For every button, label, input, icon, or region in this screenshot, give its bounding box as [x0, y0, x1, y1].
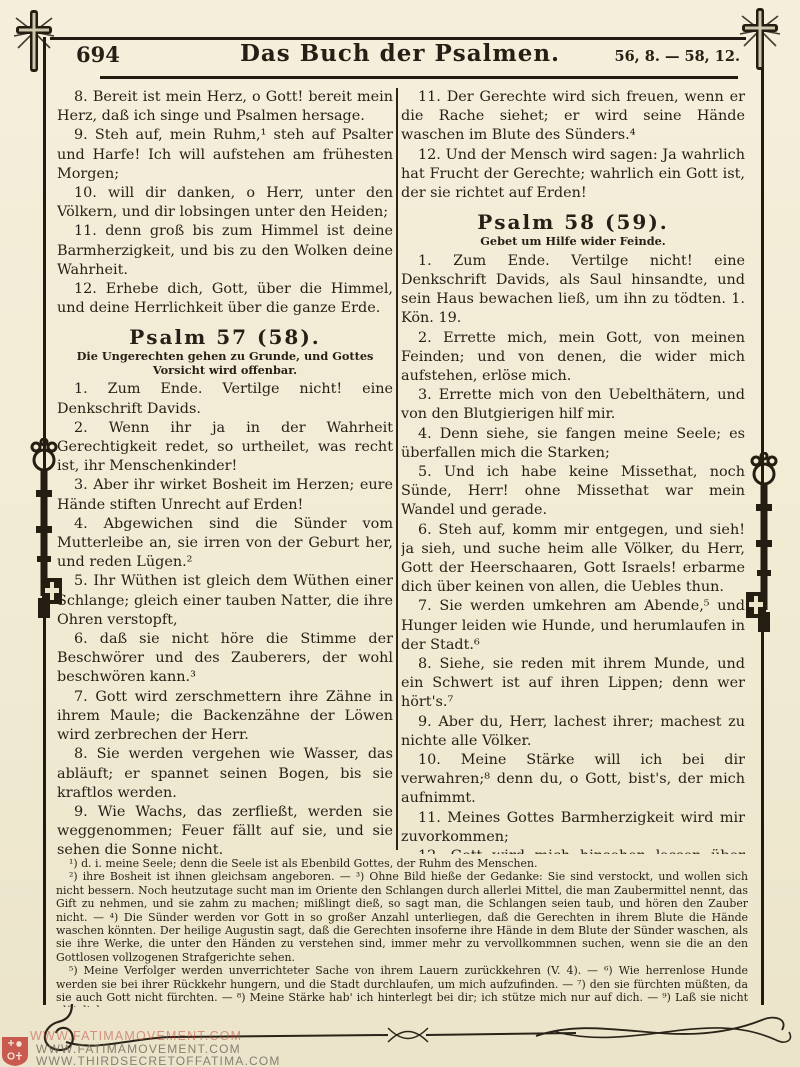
scanned-psalter-page: 694 Das Buch der Psalmen. 56, 8. — 58, 1… — [0, 0, 800, 1067]
footnote-1: ¹) d. i. meine Seele; denn die Seele ist… — [56, 857, 748, 870]
verse-57-7: 7. Gott wird zerschmettern ihre Zähne in… — [57, 688, 393, 746]
verse-58-2: 2. Errette mich, mein Gott, von meinen F… — [401, 329, 745, 387]
verse-58-8: 8. Siehe, sie reden mit ihrem Munde, und… — [401, 655, 745, 713]
verse-57-11: 11. Der Gerechte wird sich freuen, wenn … — [401, 88, 745, 146]
verse-58-11: 11. Meines Gottes Barmherzigkeit wird mi… — [401, 809, 745, 847]
verse-56-9: 9. Steh auf, mein Ruhm,¹ steh auf Psalte… — [57, 126, 393, 184]
fatima-shield-logo — [0, 1035, 30, 1067]
verse-range: 56, 8. — 58, 12. — [614, 48, 740, 65]
verse-58-7: 7. Sie werden umkehren am Abende,⁵ und H… — [401, 597, 745, 655]
verse-57-5: 5. Ihr Wüthen ist gleich dem Wüthen eine… — [57, 572, 393, 630]
left-column: 8. Bereit ist mein Herz, o Gott! bereit … — [57, 88, 393, 854]
page-title: Das Buch der Psalmen. — [200, 40, 600, 67]
footnotes-section: ¹) d. i. meine Seele; denn die Seele ist… — [56, 857, 748, 1007]
right-column: 11. Der Gerechte wird sich freuen, wenn … — [401, 88, 745, 854]
verse-58-10: 10. Meine Stärke will ich bei dir verwah… — [401, 751, 745, 809]
verse-57-12: 12. Und der Mensch wird sagen: Ja wahrli… — [401, 146, 745, 204]
psalm-57-heading: Psalm 57 (58). — [57, 325, 393, 349]
psalm-58-subtitle: Gebet um Hilfe wider Feinde. — [401, 235, 745, 249]
verse-57-1: 1. Zum Ende. Vertilge nicht! eine Denksc… — [57, 380, 393, 418]
verse-58-12: 12. Gott wird mich hinsehen lassen über … — [401, 847, 745, 854]
verse-58-4: 4. Denn siehe, sie fangen meine Seele; e… — [401, 425, 745, 463]
column-divider — [396, 88, 398, 850]
verse-57-6: 6. daß sie nicht höre die Stimme der Bes… — [57, 630, 393, 688]
verse-57-2: 2. Wenn ihr ja in der Wahrheit Gerechtig… — [57, 419, 393, 477]
header-rule — [100, 76, 738, 79]
footnote-5-9: ⁵) Meine Verfolger werden unverrichteter… — [56, 964, 748, 1007]
cross-icon — [6, 6, 62, 78]
page-number: 694 — [76, 42, 120, 67]
scripture-body: 8. Bereit ist mein Herz, o Gott! bereit … — [57, 88, 747, 854]
verse-56-11: 11. denn groß bis zum Himmel ist deine B… — [57, 222, 393, 280]
verse-57-4: 4. Abgewichen sind die Sünder vom Mutter… — [57, 515, 393, 573]
verse-56-12: 12. Erhebe dich, Gott, über die Himmel, … — [57, 280, 393, 318]
verse-58-3: 3. Errette mich von den Uebelthätern, un… — [401, 386, 745, 424]
verse-58-1: 1. Zum Ende. Vertilge nicht! eine Denksc… — [401, 252, 745, 329]
psalm-57-subtitle: Die Ungerechten gehen zu Grunde, und Got… — [57, 350, 393, 377]
verse-57-9: 9. Wie Wachs, das zerfließt, werden sie … — [57, 803, 393, 854]
verse-56-10: 10. will dir danken, o Herr, unter den V… — [57, 184, 393, 222]
verse-57-8: 8. Sie werden vergehen wie Wasser, das a… — [57, 745, 393, 803]
verse-58-9: 9. Aber du, Herr, lachest ihrer; machest… — [401, 713, 745, 751]
verse-58-5: 5. Und ich habe keine Missethat, noch Sü… — [401, 463, 745, 521]
psalm-58-heading: Psalm 58 (59). — [401, 210, 745, 234]
verse-56-8: 8. Bereit ist mein Herz, o Gott! bereit … — [57, 88, 393, 126]
footnote-2-4: ²) ihre Bosheit ist ihnen gleichsam ange… — [56, 870, 748, 964]
watermark-thirdsecretoffatima: WWW.THIRDSECRETOFFATIMA.COM — [36, 1054, 281, 1067]
verse-57-3: 3. Aber ihr wirket Bosheit im Herzen; eu… — [57, 476, 393, 514]
key-icon — [744, 452, 784, 642]
verse-58-6: 6. Steh auf, komm mir entgegen, und sieh… — [401, 521, 745, 598]
cross-icon — [732, 4, 788, 76]
watermark-fatimamovement-red: WWW.FATIMAMOVEMENT.COM — [30, 1029, 242, 1043]
